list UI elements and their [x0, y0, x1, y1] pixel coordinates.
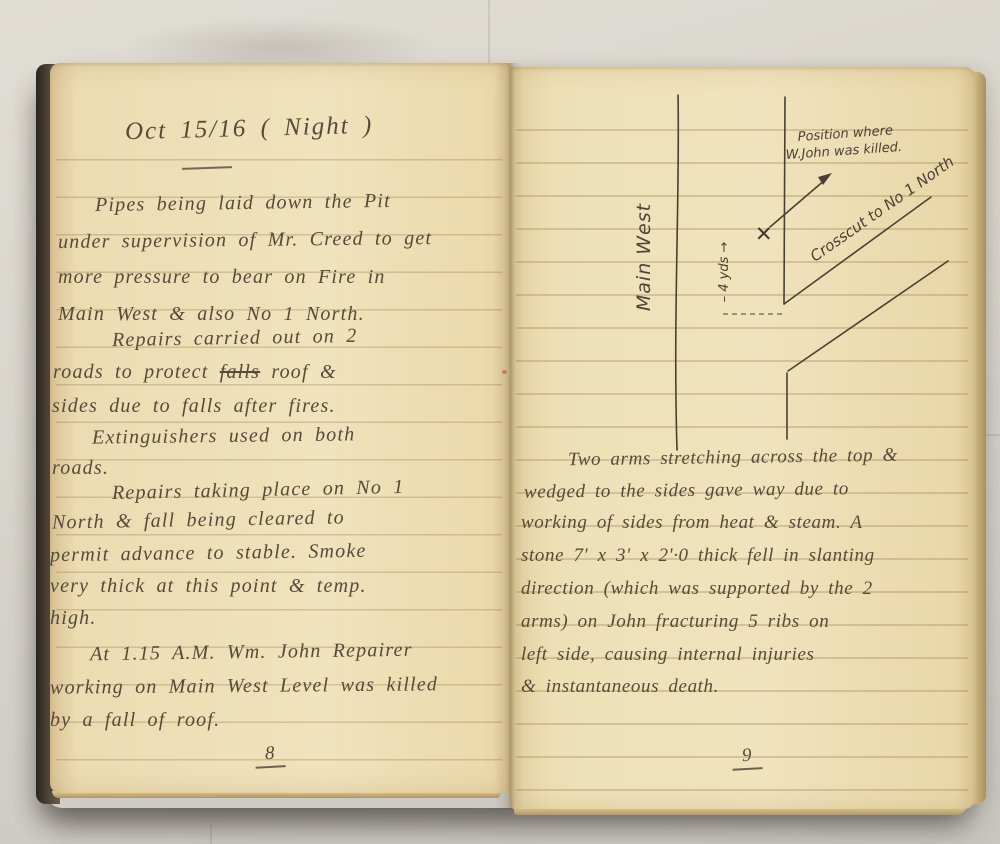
heading-underline [182, 166, 232, 170]
diagram-line-crosscut-lower [788, 261, 948, 371]
handwritten-line: direction (which was supported by the 2 [521, 578, 873, 600]
handwritten-line: Extinguishers used on both [92, 423, 356, 449]
handwritten-line: Repairs carried out on 2 [112, 325, 358, 352]
handwritten-line: Main West & also No 1 North. [58, 303, 365, 326]
handwritten-line: very thick at this point & temp. [50, 575, 367, 598]
tile-grout-line [210, 824, 212, 844]
handwritten-line: stone 7' x 3' x 2'·0 thick fell in slant… [521, 545, 875, 567]
handwritten-line: high. [50, 607, 97, 630]
tile-grout-line [985, 434, 1000, 436]
struck-word: falls [220, 361, 260, 383]
handwritten-line: working on Main West Level was killed [50, 673, 438, 699]
mine-plan-diagram: ✕ Main West – 4 yds → Position where W.J… [510, 85, 980, 457]
diagram-pointer-arrow-shaft [770, 179, 826, 227]
line-text: roads to protect [53, 361, 220, 383]
entry-date-heading: Oct 15/16 ( Night ) [125, 112, 374, 146]
line-text: roof & [260, 361, 337, 383]
handwritten-line: more pressure to bear on Fire in [58, 266, 386, 289]
distance-label: – 4 yds → [717, 242, 732, 303]
handwritten-line: by a fall of roof. [50, 709, 220, 732]
photo-of-notebook: { "book": { "left_page": { "page_number"… [0, 0, 1000, 844]
page-number-left: 8 [254, 742, 285, 769]
handwritten-line: Two arms stretching across the top & [568, 445, 898, 472]
right-page: ✕ Main West – 4 yds → Position where W.J… [510, 67, 976, 809]
left-page: Oct 15/16 ( Night ) Pipes being laid dow… [50, 63, 510, 793]
handwritten-line: working of sides from heat & steam. A [521, 512, 863, 534]
handwritten-line: North & fall being cleared to [52, 506, 345, 534]
handwritten-line: Repairs taking place on No 1 [112, 476, 405, 505]
red-ink-speck [502, 370, 507, 374]
diagram-line-main-west-left-wall [676, 95, 679, 450]
page-number-right: 9 [731, 744, 762, 771]
x-marker: ✕ [755, 222, 773, 246]
handwritten-line: arms) on John fracturing 5 ribs on [521, 611, 829, 633]
handwritten-line: permit advance to stable. Smoke [50, 540, 367, 567]
handwritten-line: roads to protect falls roof & [53, 361, 337, 384]
diagram-line-main-west-right-wall-upper [784, 97, 785, 304]
handwritten-line: wedged to the sides gave way due to [524, 478, 849, 503]
handwritten-line: sides due to falls after fires. [52, 395, 336, 418]
handwritten-line: At 1.15 A.M. Wm. John Repairer [90, 639, 413, 667]
main-west-label: Main West [633, 202, 655, 311]
tile-grout-line [488, 0, 490, 64]
handwritten-line: roads. [52, 457, 109, 480]
handwritten-line: under supervision of Mr. Creed to get [58, 227, 432, 254]
handwritten-line: left side, causing internal injuries [521, 644, 815, 666]
handwritten-line: Pipes being laid down the Pit [95, 190, 391, 217]
handwritten-line: & instantaneous death. [521, 676, 719, 698]
crosscut-label: Crosscut to No 1 North [807, 152, 957, 265]
